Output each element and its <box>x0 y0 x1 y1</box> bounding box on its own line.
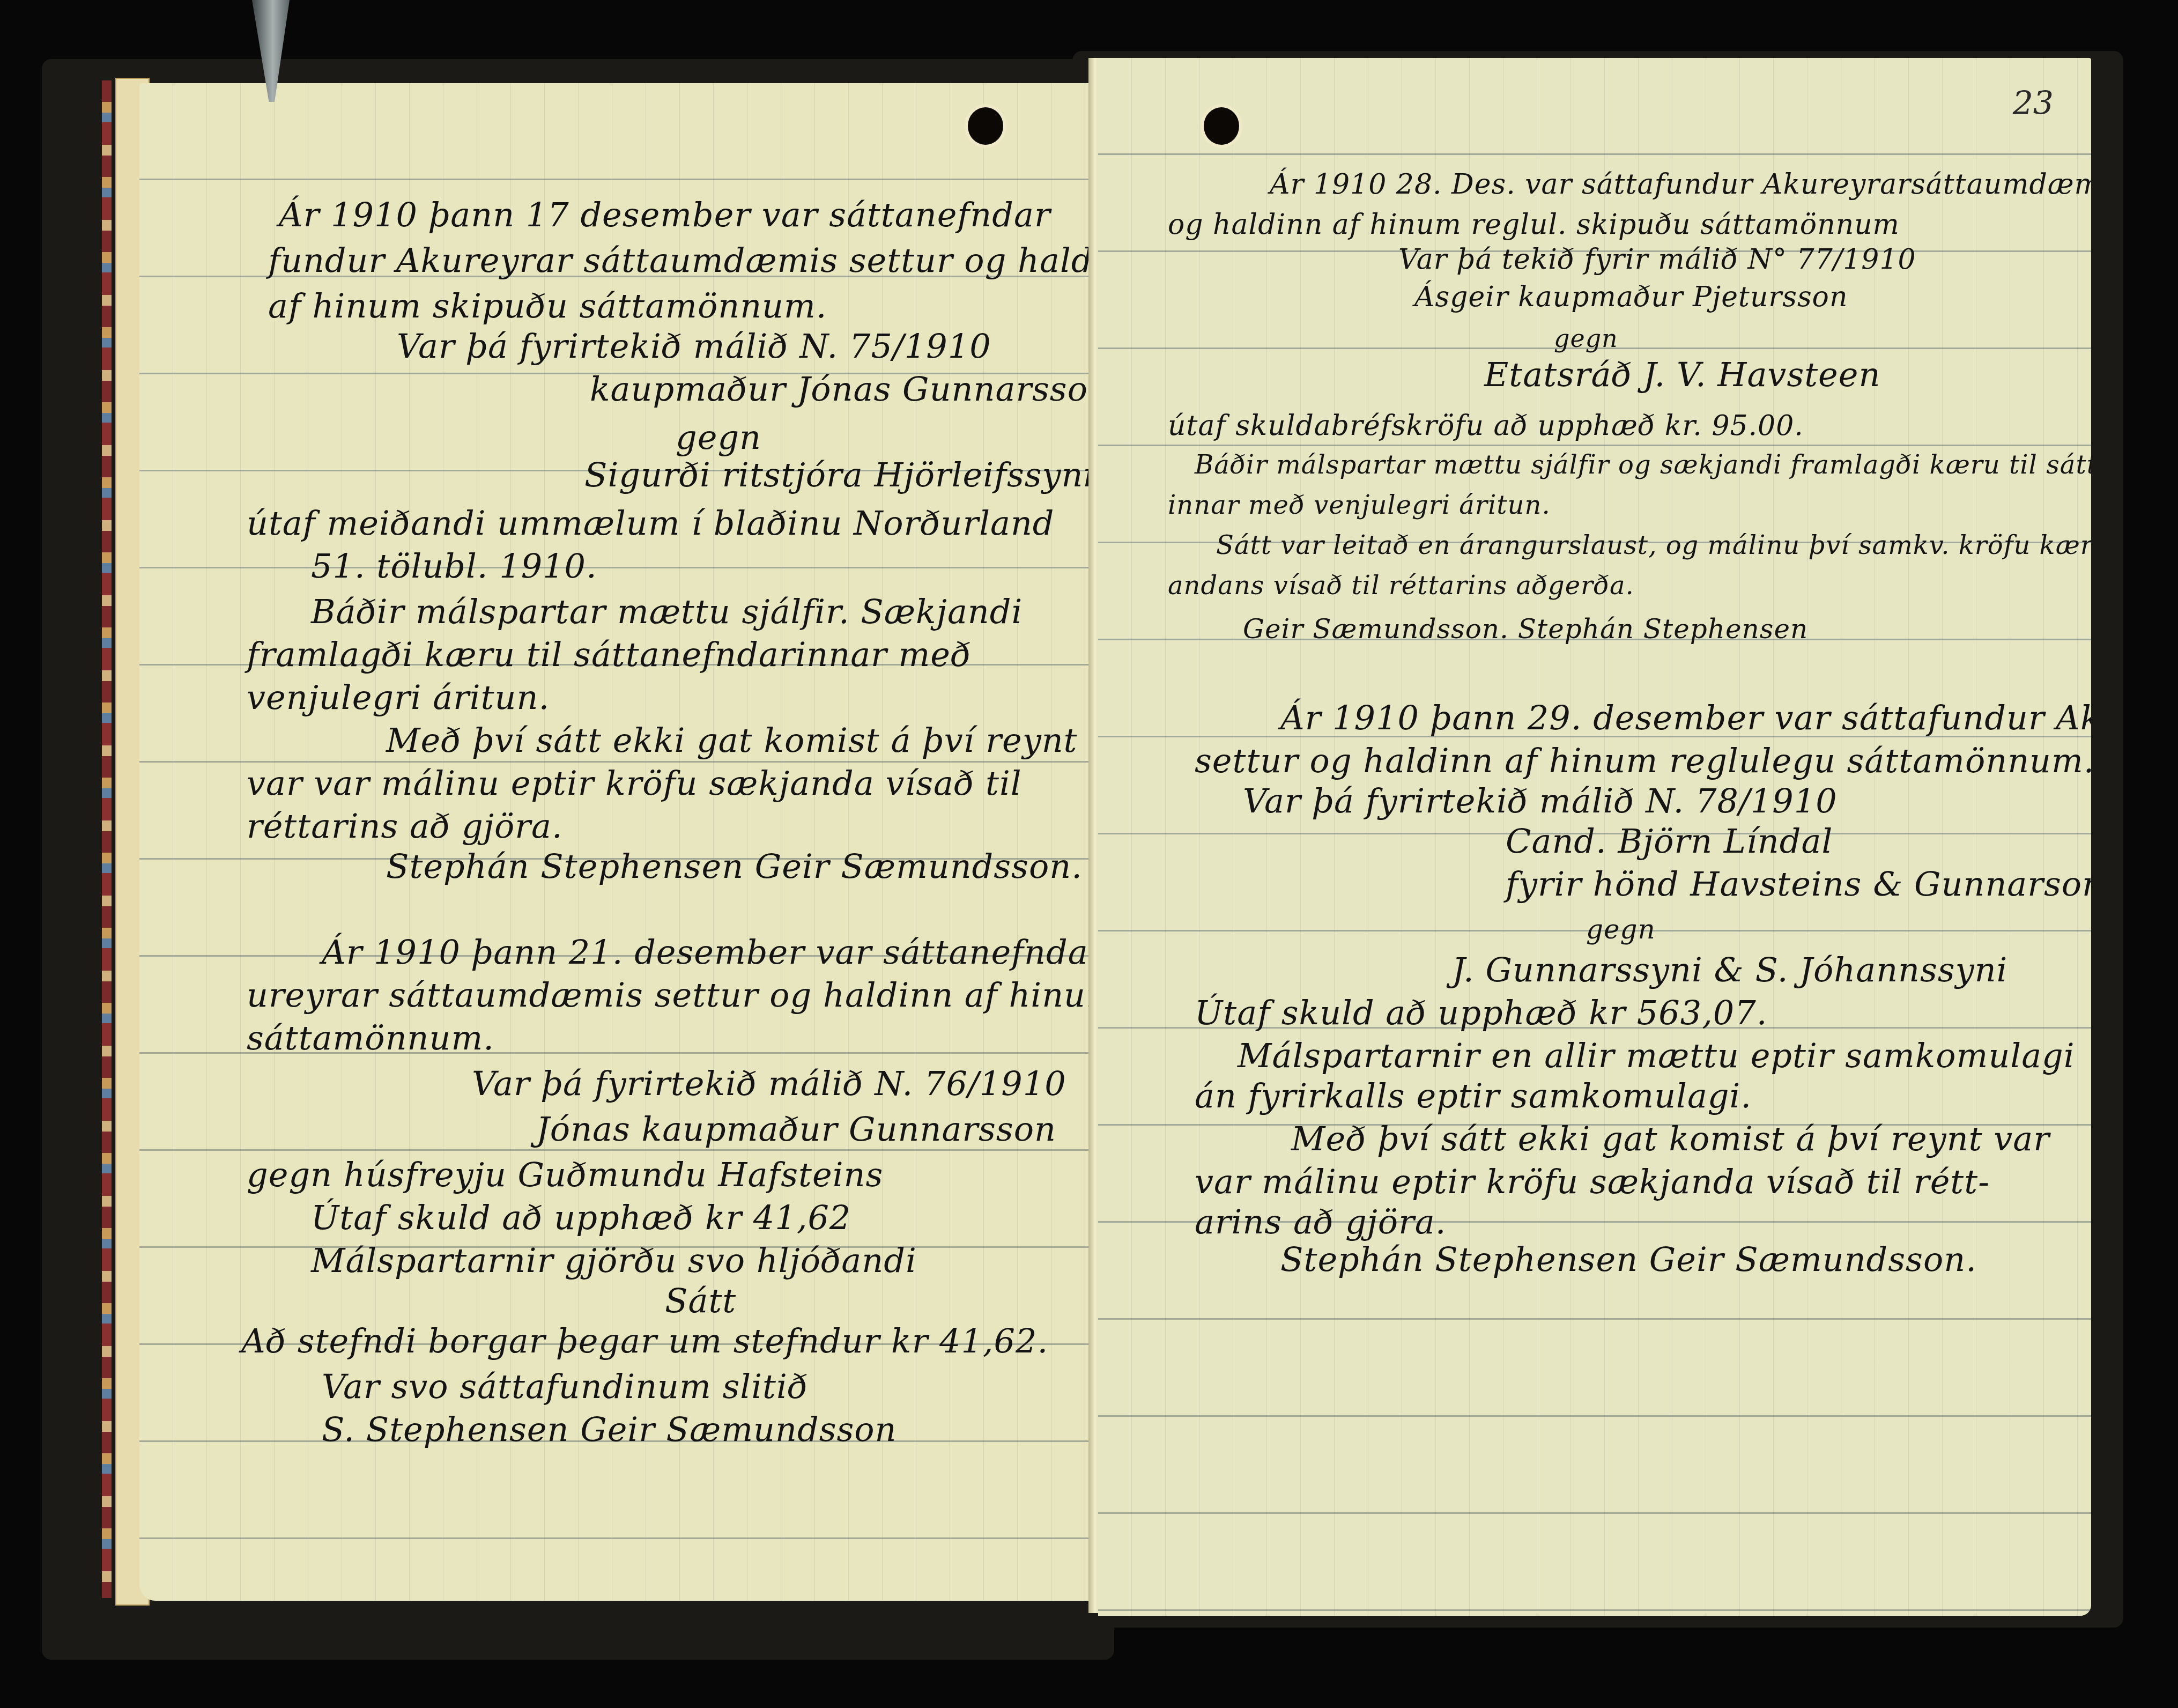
versus-line: gegn <box>1554 326 1618 351</box>
entry-line: Með því sátt ekki gat komist á því reynt <box>386 724 1078 757</box>
entry-line: Ár 1910 þann 29. desember var sáttafundu… <box>1280 701 2091 735</box>
entry-line: Að stefndi borgar þegar um stefndur kr 4… <box>241 1325 1048 1358</box>
case-number-line: Var þá fyrirtekið málið N. 78/1910 <box>1243 785 1838 818</box>
plaintiff-line: Cand. Björn Líndal <box>1506 825 1833 858</box>
entry-line: sáttamönnum. <box>247 1022 494 1055</box>
defendant-line: gegn húsfreyju Guðmundu Hafsteins <box>247 1158 883 1192</box>
entry-line: Ár 1910 þann 21. desember var sáttanefnd… <box>322 936 1099 969</box>
case-number-line: Var þá fyrirtekið málið N. 75/1910 <box>397 330 991 363</box>
versus-line: gegn <box>1586 916 1656 943</box>
marbled-page-edge <box>102 80 112 1598</box>
plaintiff-line: Jónas kaupmaður Gunnarsson <box>536 1113 1056 1146</box>
punch-hole <box>1204 107 1239 145</box>
entry-line: Ár 1910 þann 17 desember var sáttanefnda… <box>279 198 1051 232</box>
entry-line: útaf meiðandi ummælum í blaðinu Norðurla… <box>247 507 1055 540</box>
versus-line: gegn <box>676 421 761 454</box>
entry-line: réttarins að gjöra. <box>247 810 563 843</box>
right-page: 23 Ár 1910 28. Des. var sáttafundur Akur… <box>1098 58 2091 1616</box>
page-number: 23 <box>2013 85 2054 122</box>
case-number-line: Var þá tekið fyrir málið N° 77/1910 <box>1398 246 1916 273</box>
defendant-line: J. Gunnarssyni & S. Jóhannssyni <box>1452 953 2007 987</box>
entry-line: Útaf skuld að upphæð kr 41,62 <box>311 1201 851 1234</box>
entry-line: útaf skuldabréfskröfu að upphæð kr. 95.0… <box>1168 412 1804 440</box>
entry-line: ureyrar sáttaumdæmis settur og haldinn a… <box>247 979 1099 1012</box>
settlement-heading: Sátt <box>665 1284 736 1318</box>
entry-line: Málspartarnir en allir mættu eptir samko… <box>1238 1039 2075 1073</box>
entry-line: var málinu eptir kröfu sækjanda vísað ti… <box>1195 1165 1990 1199</box>
plaintiff-line: kaupmaður Jónas Gunnarsson <box>590 373 1099 406</box>
signatures: S. Stephensen Geir Sæmundsson <box>322 1413 897 1446</box>
signatures: Stephán Stephensen Geir Sæmundsson. <box>386 850 1083 883</box>
entry-line: Útaf skuld að upphæð kr 563,07. <box>1195 996 1767 1030</box>
entry-line: fundur Akureyrar sáttaumdæmis settur og … <box>268 244 1099 277</box>
entry-line: var var málinu eptir kröfu sækjanda vísa… <box>247 767 1022 800</box>
entry-line: Með því sátt ekki gat komist á því reynt… <box>1291 1122 2050 1156</box>
punch-hole <box>968 107 1003 145</box>
entry-line: venjulegri áritun. <box>247 681 550 714</box>
plaintiff-line: Ásgeir kaupmaður Pjetursson <box>1414 283 1848 311</box>
left-page: Ár 1910 þann 17 desember var sáttanefnda… <box>139 83 1099 1601</box>
signatures: Stephán Stephensen Geir Sæmundsson. <box>1280 1243 1977 1276</box>
entry-line: og haldinn af hinum reglul. skipuðu sátt… <box>1168 211 1900 239</box>
entry-line: án fyrirkalls eptir samkomulagi. <box>1195 1079 1752 1113</box>
defendant-line: Etatsráð J. V. Havsteen <box>1484 358 1880 391</box>
entry-line: Báðir málspartar mættu sjálfir. Sækjandi <box>311 595 1023 629</box>
entry-line: Sátt var leitað en árangurslaust, og mál… <box>1216 533 2091 558</box>
plaintiff-representative: fyrir hönd Havsteins & Gunnarsons <box>1506 868 2091 901</box>
entry-line: Ár 1910 28. Des. var sáttafundur Akureyr… <box>1270 171 2091 198</box>
entry-line: Var svo sáttafundinum slitið <box>322 1370 808 1403</box>
entry-line: Málspartarnir gjörðu svo hljóðandi <box>311 1244 917 1277</box>
entry-line: andans vísað til réttarins aðgerða. <box>1168 573 1634 598</box>
entry-line: Báðir málspartar mættu sjálfir og sækjan… <box>1195 452 2091 478</box>
entry-line: innar með venjulegri áritun. <box>1168 492 1551 518</box>
entry-line: af hinum skipuðu sáttamönnum. <box>268 290 827 323</box>
case-number-line: Var þá fyrirtekið málið N. 76/1910 <box>472 1067 1066 1100</box>
entry-line: arins að gjöra. <box>1195 1206 1446 1239</box>
signatures: Geir Sæmundsson. Stephán Stephensen <box>1243 616 1808 642</box>
entry-line: settur og haldinn af hinum reglulegu sát… <box>1195 744 2091 778</box>
defendant-line: Sigurði ritstjóra Hjörleifssyni <box>584 459 1094 492</box>
entry-line: 51. tölubl. 1910. <box>311 550 597 583</box>
entry-line: framlagði kæru til sáttanefndarinnar með <box>247 638 971 671</box>
